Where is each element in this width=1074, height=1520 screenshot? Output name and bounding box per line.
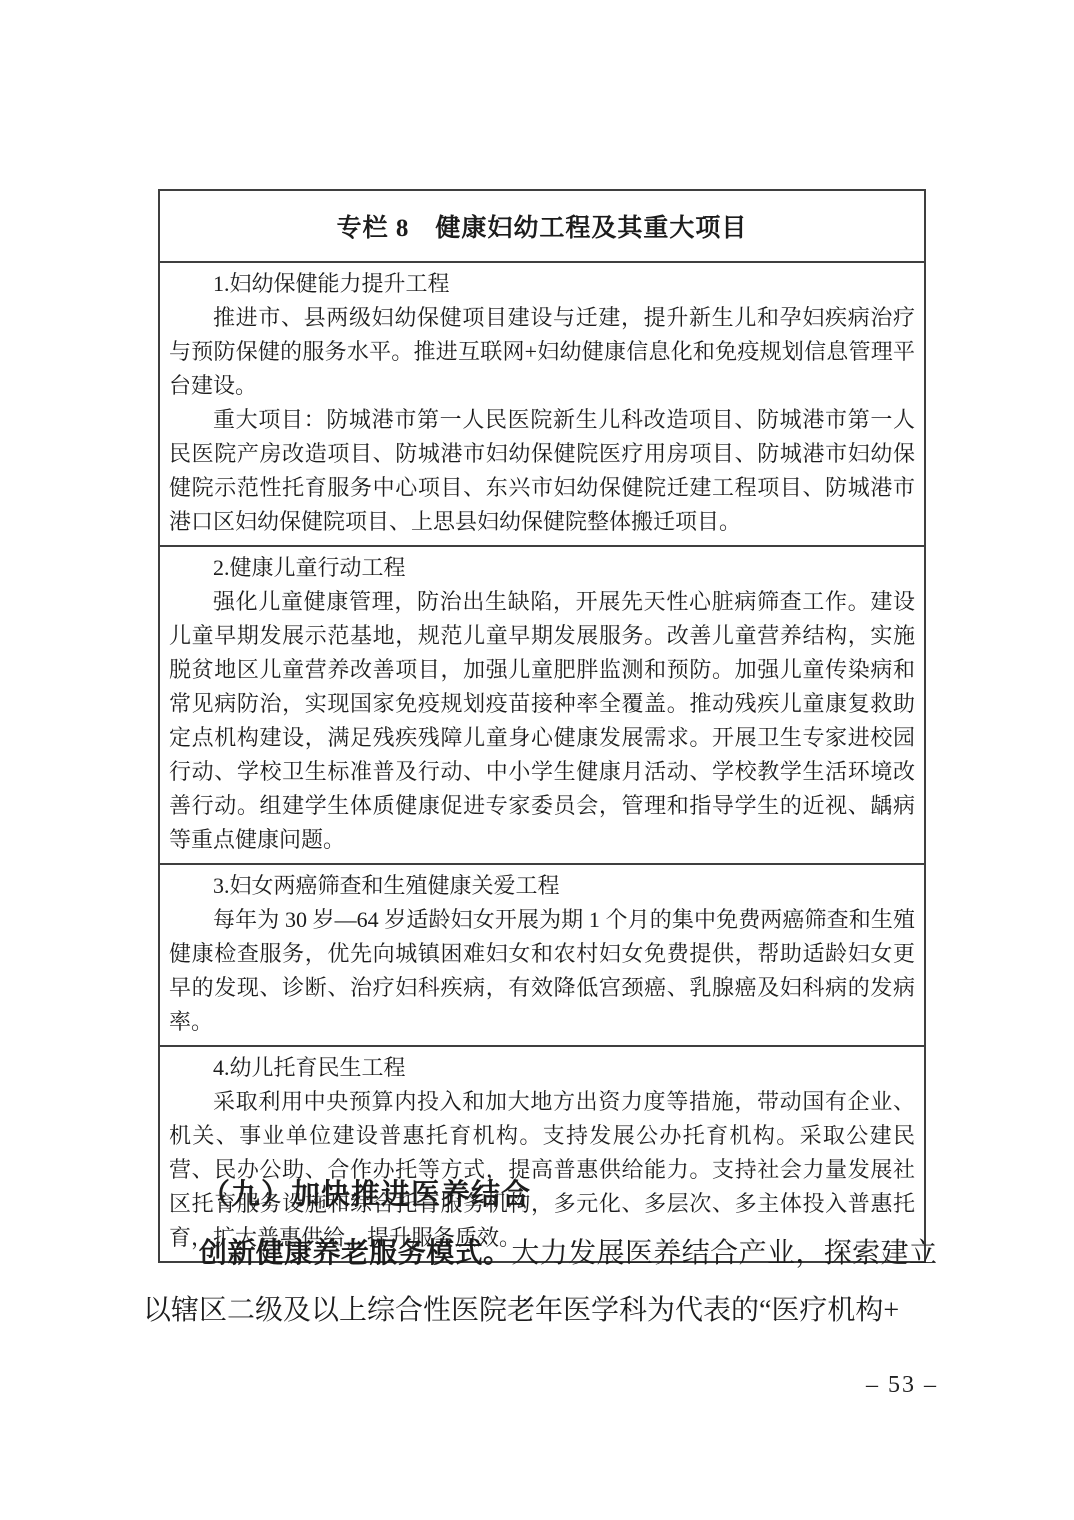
panel-section-3-heading: 3.妇女两癌筛查和生殖健康关爱工程 <box>169 869 915 903</box>
feature-box-column-8: 专栏 8 健康妇幼工程及其重大项目 1.妇幼保健能力提升工程 推进市、县两级妇幼… <box>158 189 926 1263</box>
panel-section-3: 3.妇女两癌筛查和生殖健康关爱工程 每年为 30 岁—64 岁适龄妇女开展为期 … <box>160 865 924 1047</box>
feature-box-title: 专栏 8 健康妇幼工程及其重大项目 <box>160 191 924 263</box>
page-number: – 53 – <box>866 1372 938 1399</box>
body-paragraph-bold-lead: 创新健康养老服务模式。 <box>199 1237 511 1268</box>
panel-section-4-heading: 4.幼儿托育民生工程 <box>169 1051 915 1085</box>
panel-section-1: 1.妇幼保健能力提升工程 推进市、县两级妇幼保健项目建设与迁建，提升新生儿和孕妇… <box>160 263 924 547</box>
panel-section-1-heading: 1.妇幼保健能力提升工程 <box>169 267 915 301</box>
panel-section-1-paragraph-1: 推进市、县两级妇幼保健项目建设与迁建，提升新生儿和孕妇疾病治疗与预防保健的服务水… <box>169 301 915 403</box>
panel-section-2: 2.健康儿童行动工程 强化儿童健康管理，防治出生缺陷，开展先天性心脏病筛查工作。… <box>160 547 924 865</box>
panel-section-1-paragraph-2: 重大项目：防城港市第一人民医院新生儿科改造项目、防城港市第一人民医院产房改造项目… <box>169 403 915 539</box>
section-heading-nine: （九）加快推进医养结合 <box>143 1172 935 1213</box>
body-paragraph: 创新健康养老服务模式。大力发展医养结合产业，探索建立以辖区二级及以上综合性医院老… <box>143 1224 937 1339</box>
panel-section-2-paragraph-1: 强化儿童健康管理，防治出生缺陷，开展先天性心脏病筛查工作。建设儿童早期发展示范基… <box>169 585 915 857</box>
panel-section-3-paragraph-1: 每年为 30 岁—64 岁适龄妇女开展为期 1 个月的集中免费两癌筛查和生殖健康… <box>169 903 915 1039</box>
document-page: 专栏 8 健康妇幼工程及其重大项目 1.妇幼保健能力提升工程 推进市、县两级妇幼… <box>0 0 1074 1520</box>
panel-section-2-heading: 2.健康儿童行动工程 <box>169 551 915 585</box>
